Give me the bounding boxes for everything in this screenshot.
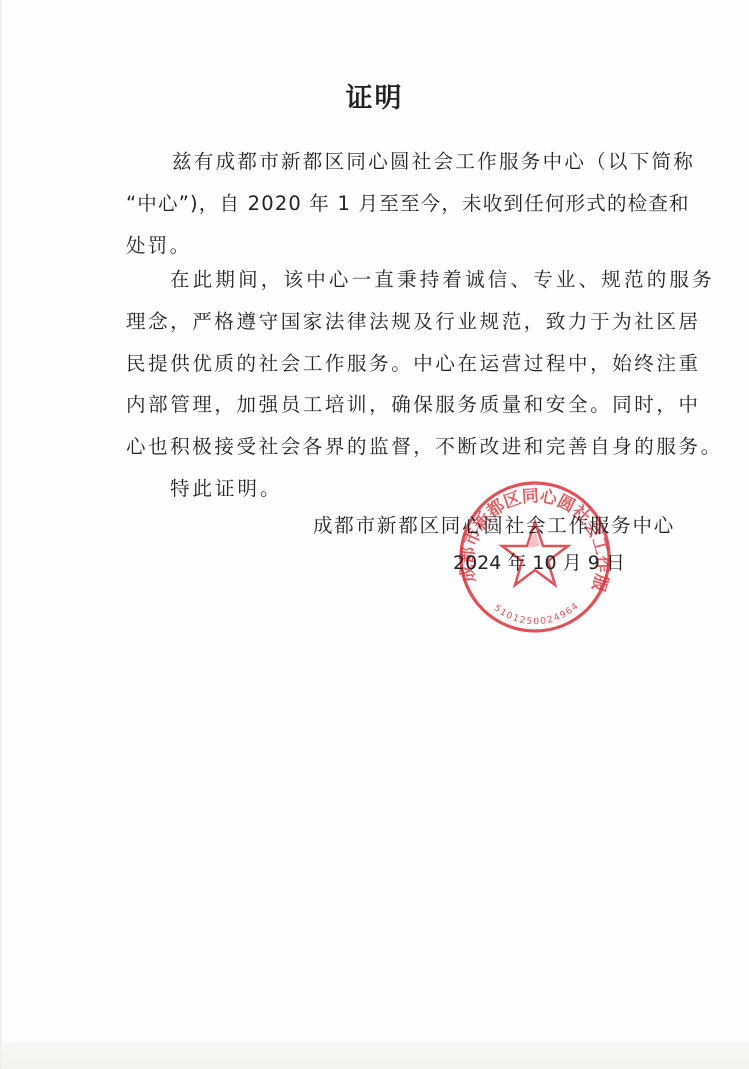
paragraph1-line3: 处罚。 xyxy=(126,230,191,258)
paragraph2-line5: 心也积极接受社会各界的监督，不断改进和完善自身的服务。 xyxy=(126,431,723,459)
scan-edge xyxy=(0,0,2,1069)
scan-bottom-edge xyxy=(0,1042,749,1069)
paragraph2-line3: 民提供优质的社会工作服务。中心在运营过程中，始终注重 xyxy=(126,348,701,376)
closing-text: 特此证明。 xyxy=(170,473,283,501)
signature-date: 2024 年 10 月 9 日 xyxy=(453,548,625,575)
paragraph2-line4: 内部管理，加强员工培训，确保服务质量和安全。同时，中 xyxy=(126,389,701,417)
signature-organization: 成都市新都区同心圆社会工作服务中心 xyxy=(313,510,675,538)
paragraph2-line1: 在此期间，该中心一直秉持着诚信、专业、规范的服务 xyxy=(170,264,715,292)
paragraph1-line1: 兹有成都市新都区同心圆社会工作服务中心（以下简称 xyxy=(172,146,695,174)
paragraph1-line2: “中心”)，自 2020 年 1 月至至今，未收到任何形式的检查和 xyxy=(126,188,690,216)
document-title: 证明 xyxy=(0,76,749,115)
paragraph2-line2: 理念，严格遵守国家法律法规及行业规范，致力于为社区居 xyxy=(126,306,701,334)
